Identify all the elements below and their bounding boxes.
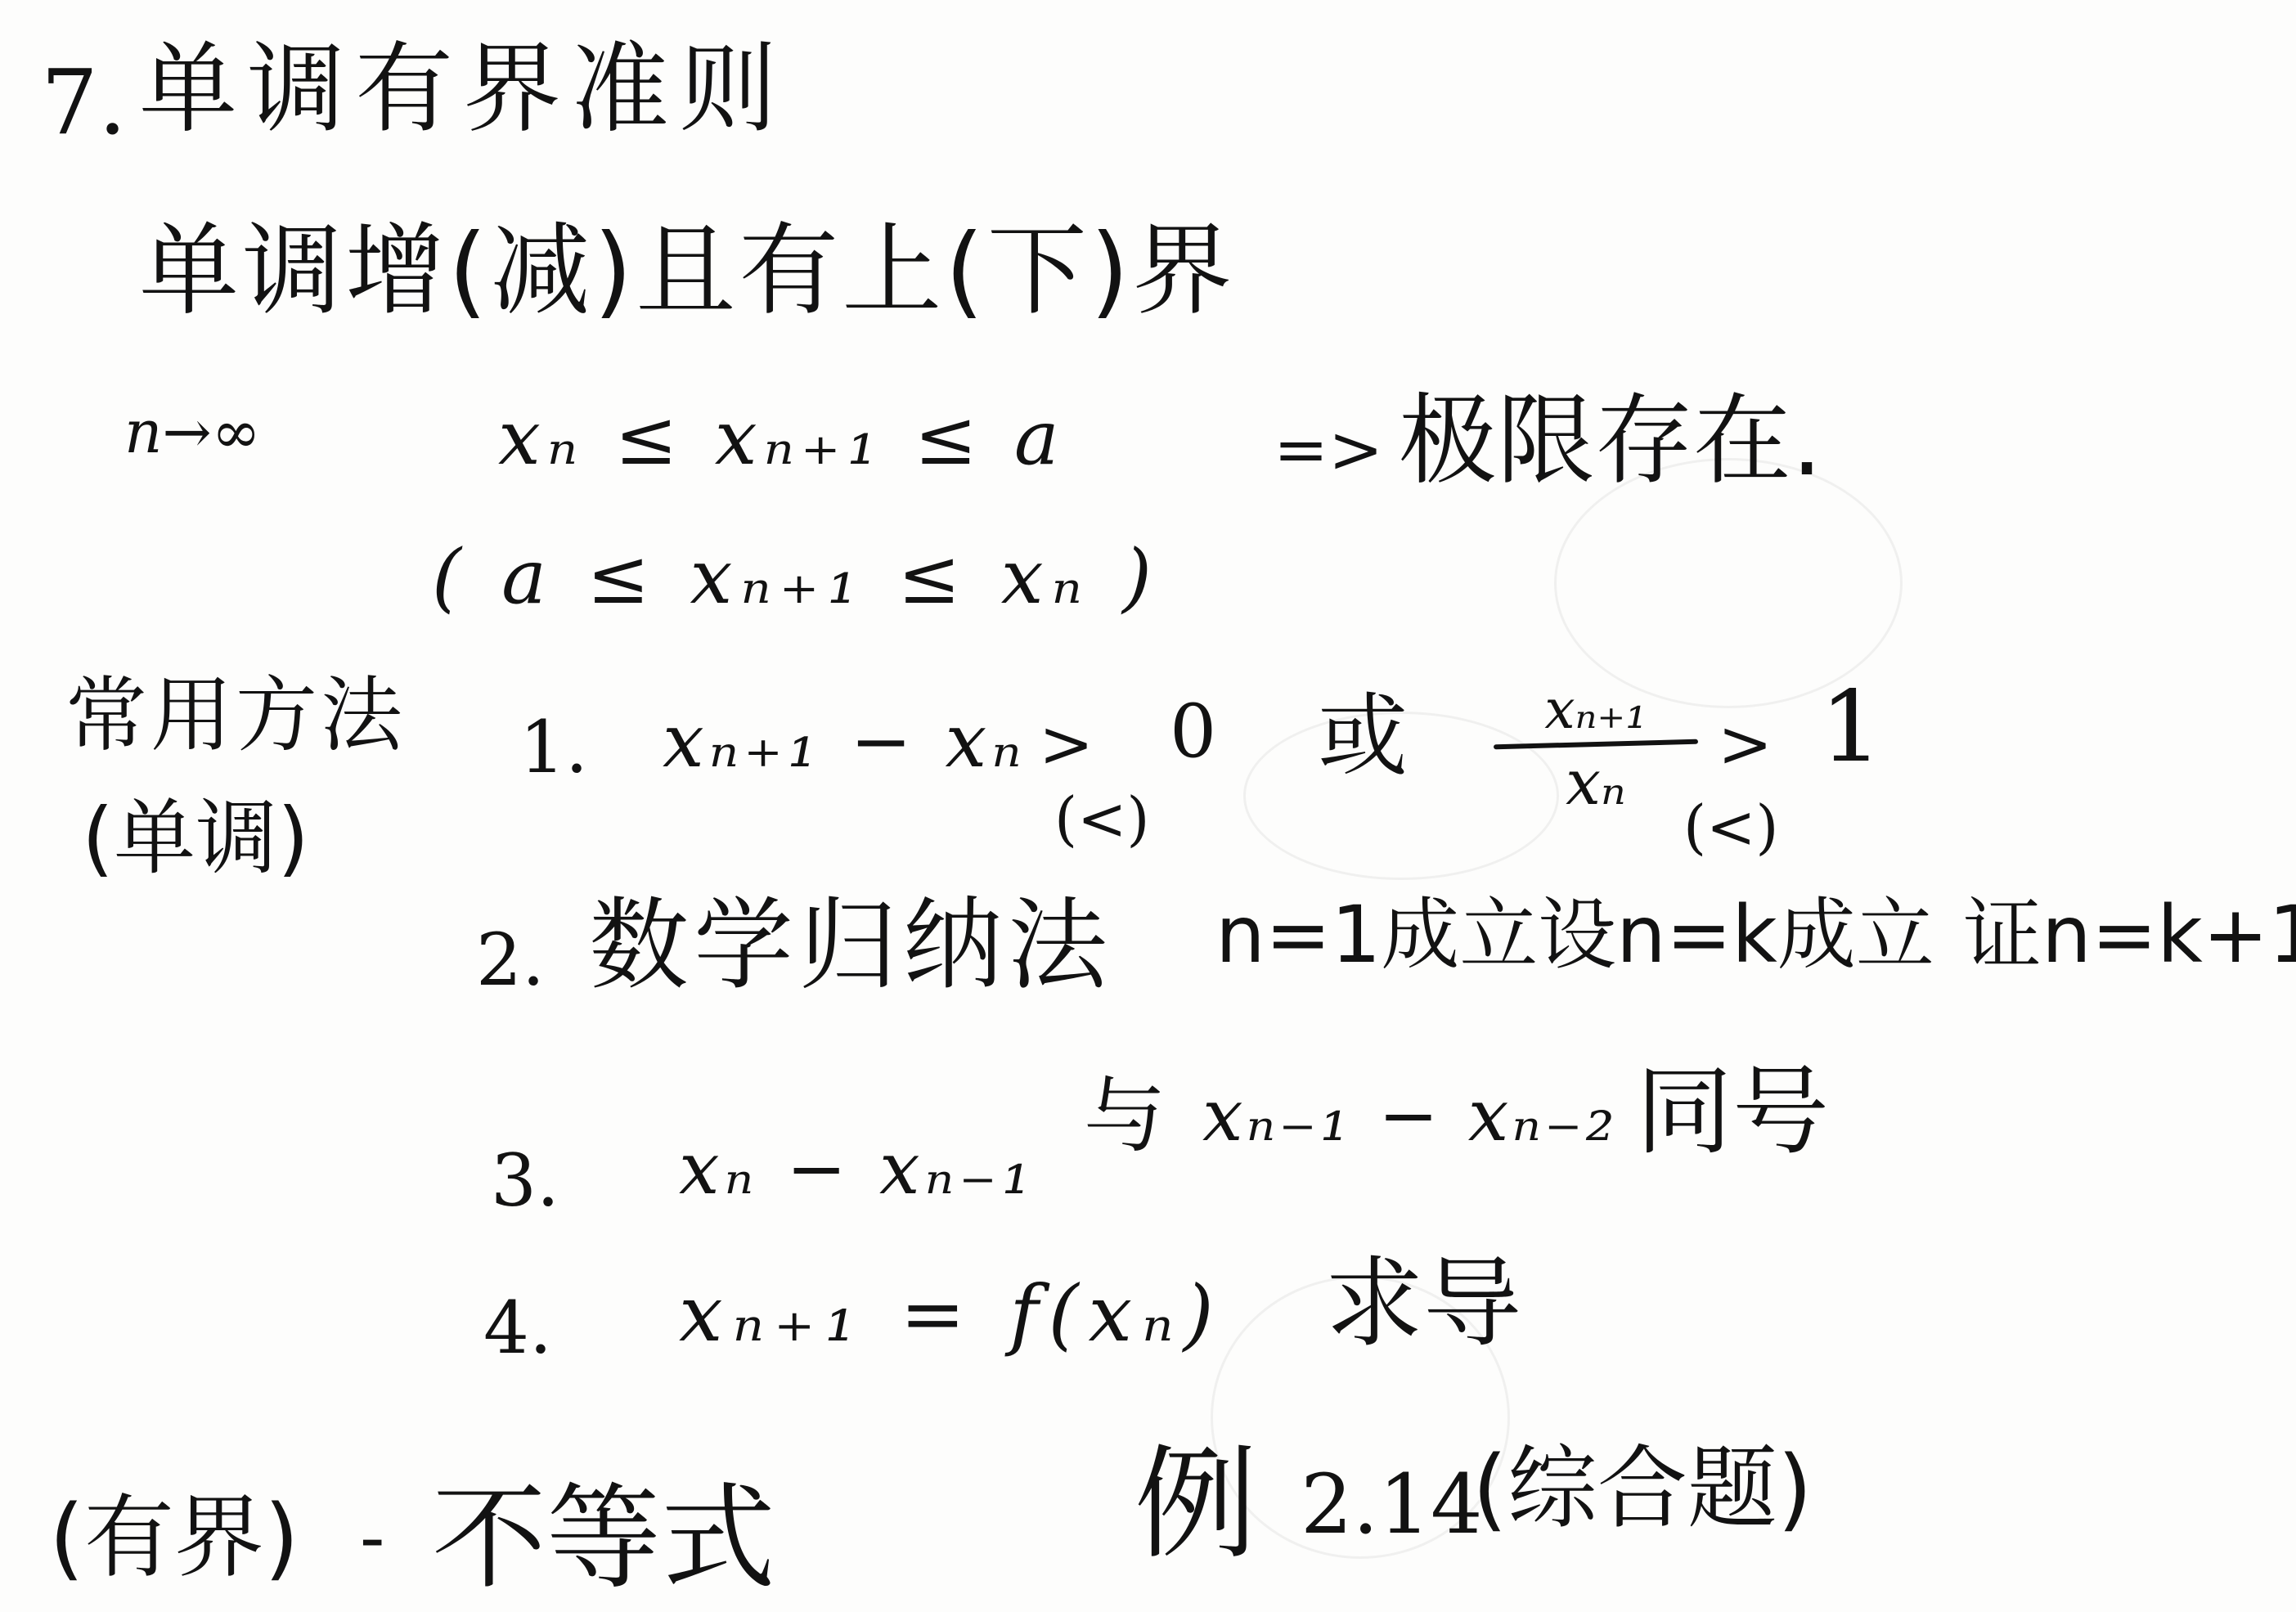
method-1-difference: xₙ₊₁ − xₙ xyxy=(663,705,1027,779)
definition-text: 单调增(减)且有上(下)界 xyxy=(139,221,1235,321)
method-4-note: 求导 xyxy=(1325,1255,1521,1354)
methods-label: 常用方法 xyxy=(65,675,406,757)
method-4-number: 4. xyxy=(483,1292,552,1364)
bounded-dash: - xyxy=(360,1501,384,1574)
method-1-number: 1. xyxy=(519,712,588,784)
method-2-step-base: n=1成立 xyxy=(1215,896,1538,974)
method-1-relation: > xyxy=(1039,712,1094,777)
method-3-note: 同号 xyxy=(1636,1063,1829,1160)
heading-title: 单调有界准则 xyxy=(139,41,787,139)
method-3-difference: xₙ − xₙ₋₁ xyxy=(679,1133,1036,1205)
method-3-number: 3. xyxy=(491,1145,559,1217)
bounded-method: 不等式 xyxy=(432,1482,775,1596)
method-2-name: 数学归纳法 xyxy=(589,896,1112,995)
example-number: 2.14 xyxy=(1301,1464,1483,1546)
methods-sublabel: (单调) xyxy=(82,797,309,879)
method-1-or: 或 xyxy=(1318,691,1408,781)
fraction-denominator: xₙ xyxy=(1566,752,1626,814)
method-2-step-prove: 证n=k+1 xyxy=(1963,896,2296,974)
method-2-number: 2. xyxy=(476,924,545,996)
method-1-relation-2: > xyxy=(1718,712,1773,777)
method-3-difference-2: xₙ₋₁ − xₙ₋₂ xyxy=(1202,1080,1618,1152)
conclusion-text: 极限存在. xyxy=(1399,393,1822,491)
decreasing-inequality: ( a ≤ xₙ₊₁ ≤ xₙ ) xyxy=(432,540,1160,615)
bounded-label: (有界) xyxy=(49,1493,299,1583)
method-1-alt-relation: (<) xyxy=(1054,789,1150,848)
method-4-recurrence: xₙ₊₁ = f(xₙ) xyxy=(679,1276,1224,1354)
method-3-connector: 与 xyxy=(1084,1075,1166,1157)
example-tag: (综合题) xyxy=(1472,1444,1813,1533)
method-1-rhs: 0 xyxy=(1170,695,1216,769)
limit-condition: n→∞ xyxy=(124,402,261,461)
method-1-ratio-fraction: xₙ₊₁ xₙ xyxy=(1494,683,1698,814)
implies-arrow: => xyxy=(1274,417,1383,483)
example-label: 例 xyxy=(1135,1444,1257,1566)
method-1-alt-relation-2: (<) xyxy=(1683,797,1779,856)
increasing-inequality: xₙ ≤ xₙ₊₁ ≤ a xyxy=(498,401,1066,476)
fraction-numerator: xₙ₊₁ xyxy=(1544,683,1647,737)
method-1-rhs-2: 1 xyxy=(1820,679,1882,777)
method-2-step-assume: 设n=k成立 xyxy=(1538,896,1934,974)
heading-number: 7. xyxy=(41,57,127,147)
